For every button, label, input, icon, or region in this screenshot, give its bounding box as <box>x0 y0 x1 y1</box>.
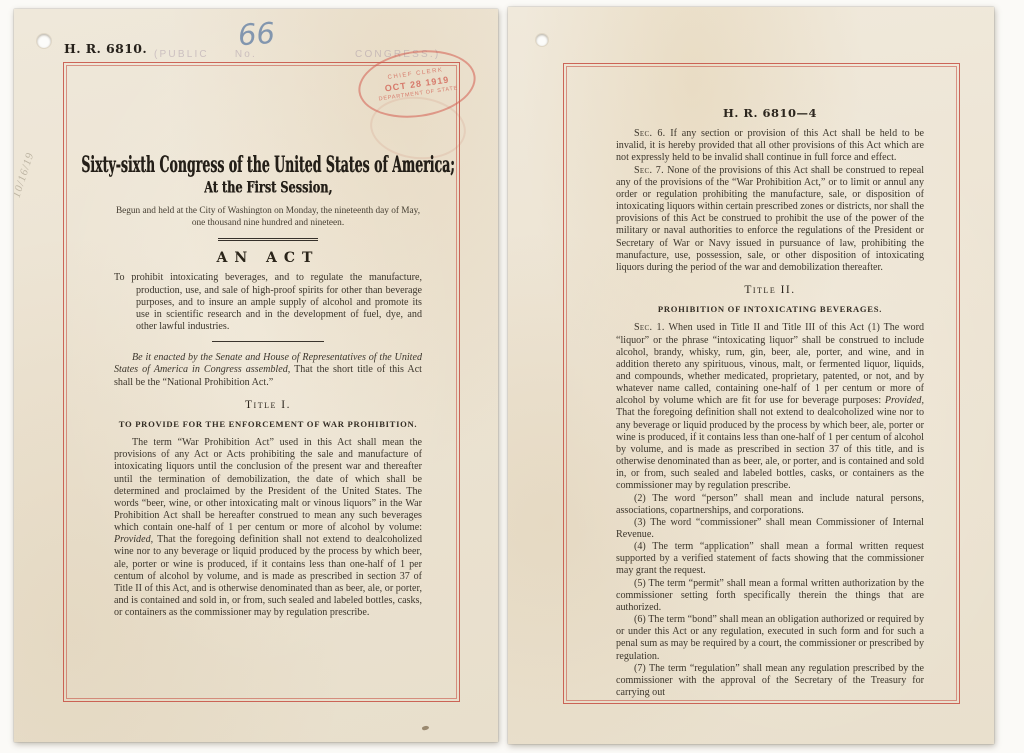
section-7: Sec. 7. None of the provisions of this A… <box>616 165 924 274</box>
session-date-line1: Begun and held at the City of Washington… <box>114 206 422 218</box>
page-header-number: H. R. 6810—4 <box>616 107 924 119</box>
punch-hole <box>37 34 51 48</box>
public-stamp-part1: (PUBLIC <box>154 49 209 60</box>
act-heading: AN ACT <box>114 252 422 264</box>
clause-3-num: (3) <box>634 517 646 528</box>
section-6: Sec. 6. If any section or provision of t… <box>616 128 924 164</box>
clause-7-num: (7) <box>634 663 646 674</box>
clause-3: (3) The word “commissioner” shall mean C… <box>616 517 924 541</box>
title-one-heading: Title I. <box>114 399 422 411</box>
left-page: H. R. 6810. (PUBLIC No. CONGRESS.) 66 CH… <box>14 9 498 742</box>
clause-7-text: The term “regulation” shall mean any reg… <box>616 663 924 698</box>
title-one-subheading: TO PROVIDE FOR THE ENFORCEMENT OF WAR PR… <box>114 418 422 430</box>
session-date-lines: Begun and held at the City of Washington… <box>114 206 422 229</box>
clause-2: (2) The word “person” shall mean and inc… <box>616 493 924 517</box>
handwritten-act-number: 66 <box>237 16 276 52</box>
right-page-text: H. R. 6810—4 Sec. 6. If any section or p… <box>616 107 924 699</box>
section-7-label: Sec. 7. <box>634 165 664 176</box>
left-page-text: Sixty-sixth Congress of the United State… <box>114 159 422 619</box>
session-heading: At the First Session, <box>114 182 422 194</box>
section-1-provided: Provided, <box>885 395 924 406</box>
document-scan: H. R. 6810. (PUBLIC No. CONGRESS.) 66 CH… <box>0 0 1024 753</box>
title-one-body-provided: Provided, <box>114 534 153 545</box>
session-date-line2: one thousand nine hundred and nineteen. <box>114 218 422 230</box>
bill-number: H. R. 6810. <box>64 41 147 56</box>
clause-4-num: (4) <box>634 541 646 552</box>
enacting-clause: Be it enacted by the Senate and House of… <box>114 352 422 388</box>
clause-4: (4) The term “application” shall mean a … <box>616 541 924 577</box>
clause-5-num: (5) <box>634 578 646 589</box>
clause-6-num: (6) <box>634 614 646 625</box>
right-page: H. R. 6810—4 Sec. 6. If any section or p… <box>508 7 994 744</box>
handwritten-margin-date: 10/16/19 <box>14 151 37 200</box>
title-one-body-a: The term “War Prohibition Act” used in t… <box>114 437 422 533</box>
section-divider <box>212 341 324 343</box>
section-1: Sec. 1. When used in Title II and Title … <box>616 322 924 492</box>
section-divider <box>218 238 318 241</box>
act-preamble: To prohibit intoxicating beverages, and … <box>114 272 422 333</box>
title-two-subheading: PROHIBITION OF INTOXICATING BEVERAGES. <box>616 303 924 315</box>
section-6-label: Sec. 6. <box>634 128 666 139</box>
clause-2-num: (2) <box>634 493 646 504</box>
section-7-text: None of the provisions of this Act shall… <box>616 165 924 273</box>
clause-4-text: The term “application” shall mean a form… <box>616 541 924 576</box>
clause-6: (6) The term “bond” shall mean an obliga… <box>616 614 924 663</box>
section-1-text-a: When used in Title II and Title III of t… <box>616 322 924 406</box>
paper-blemish <box>422 725 430 731</box>
title-one-body: The term “War Prohibition Act” used in t… <box>114 437 422 619</box>
clause-3-text: The word “commissioner” shall mean Commi… <box>616 517 924 540</box>
title-two-heading: Title II. <box>616 284 924 296</box>
section-1-text-b: That the foregoing definition shall not … <box>616 407 924 491</box>
section-1-label: Sec. 1. <box>634 322 665 333</box>
clause-5: (5) The term “permit” shall mean a forma… <box>616 578 924 614</box>
clause-5-text: The term “permit” shall mean a formal wr… <box>616 578 924 613</box>
title-one-body-b: That the foregoing definition shall not … <box>114 534 422 618</box>
clause-6-text: The term “bond” shall mean an obligation… <box>616 614 924 661</box>
clause-7: (7) The term “regulation” shall mean any… <box>616 663 924 699</box>
punch-hole <box>536 34 548 46</box>
congress-heading: Sixty-sixth Congress of the United State… <box>114 159 422 171</box>
clause-2-text: The word “person” shall mean and include… <box>616 493 924 516</box>
